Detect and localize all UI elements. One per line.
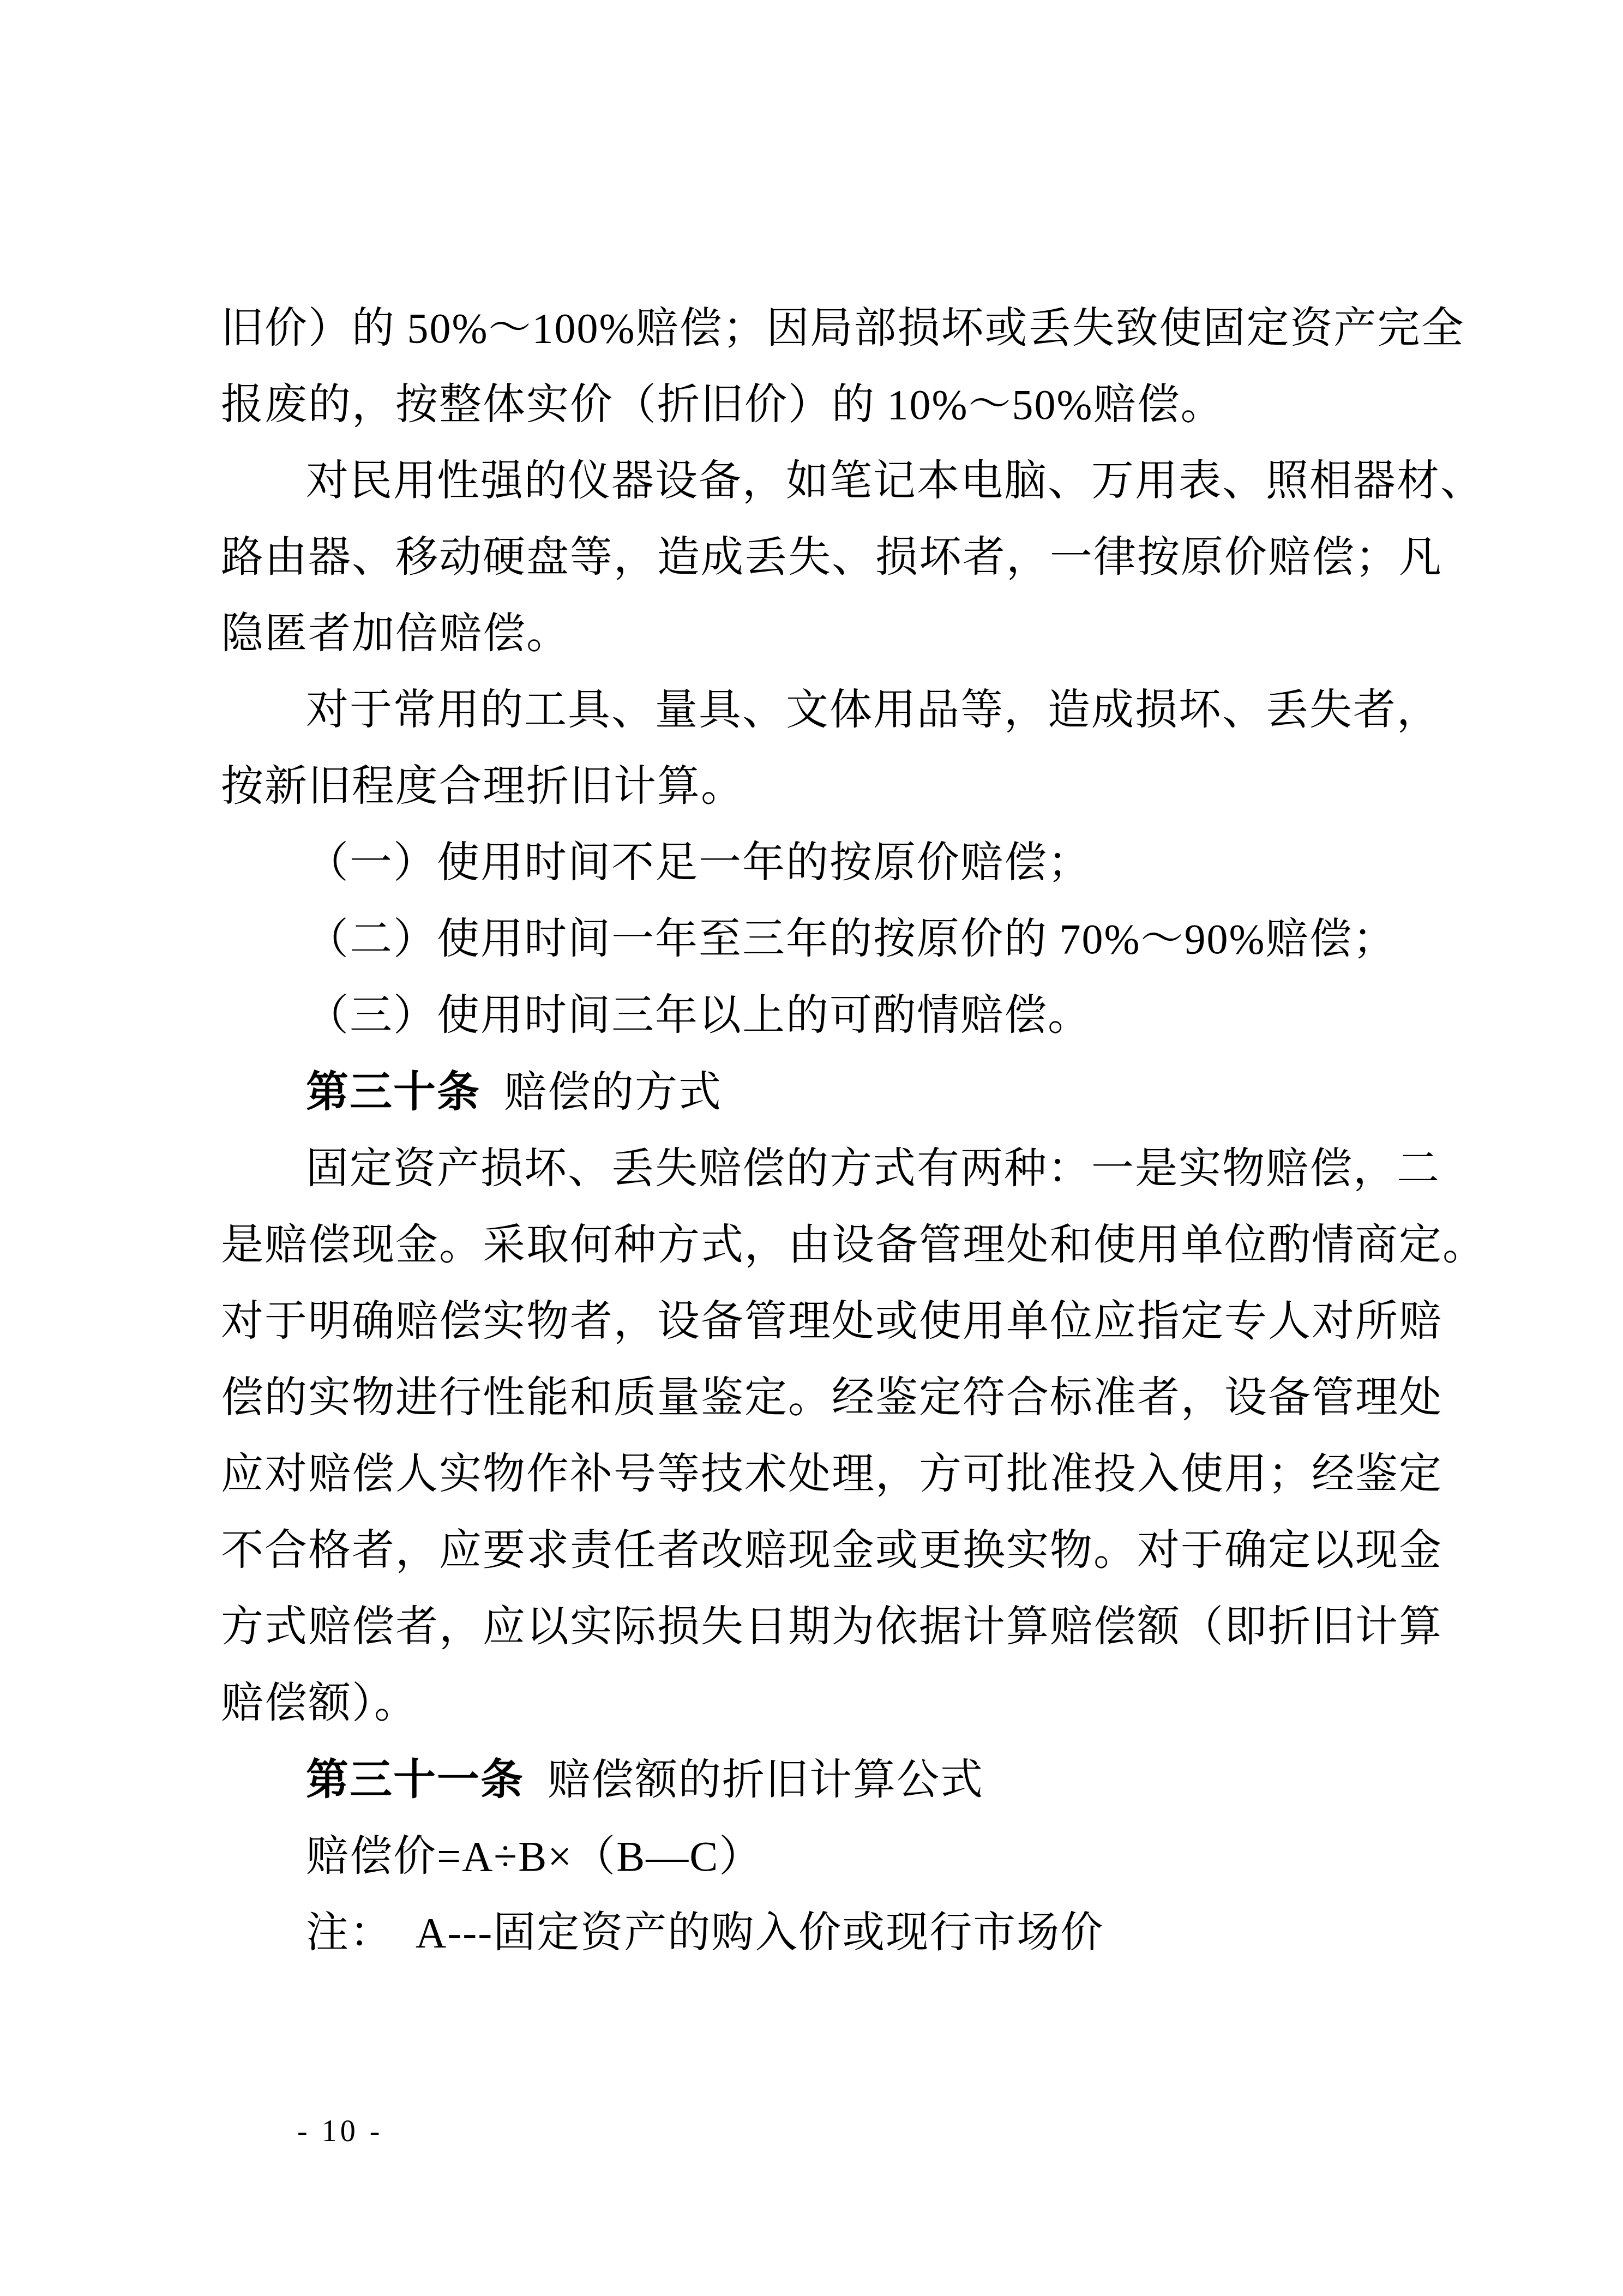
text-line: 是赔偿现金。采取何种方式，由设备管理处和使用单位酌情商定。 (221, 1207, 1464, 1283)
text-line: 应对赔偿人实物作补号等技术处理，方可批准投入使用；经鉴定 (221, 1436, 1464, 1512)
text-line: 对于明确赔偿实物者，设备管理处或使用单位应指定专人对所赔 (221, 1283, 1464, 1360)
article-heading: 第三十一条 赔偿额的折旧计算公式 (221, 1741, 1464, 1818)
text-line: 固定资产损坏、丢失赔偿的方式有两种：一是实物赔偿，二 (221, 1131, 1464, 1207)
article-heading: 第三十条 赔偿的方式 (221, 1054, 1464, 1131)
text-line: 报废的，按整体实价（折旧价）的 10%～50%赔偿。 (221, 366, 1464, 443)
note-line: 注： A---固定资产的购入价或现行市场价 (221, 1895, 1464, 1971)
text-line: 按新旧程度合理折旧计算。 (221, 748, 1464, 825)
text-line: 对民用性强的仪器设备，如笔记本电脑、万用表、照相器材、 (221, 443, 1464, 519)
page-body: 旧价）的 50%～100%赔偿；因局部损坏或丢失致使固定资产完全 报废的，按整体… (221, 290, 1464, 1971)
formula-line: 赔偿价=A÷B×（B—C） (221, 1818, 1464, 1895)
text-line: 方式赔偿者，应以实际损失日期为依据计算赔偿额（即折旧计算 (221, 1589, 1464, 1665)
text-line: 偿的实物进行性能和质量鉴定。经鉴定符合标准者，设备管理处 (221, 1360, 1464, 1436)
article-title: 赔偿额的折旧计算公式 (524, 1756, 984, 1804)
document-page: 旧价）的 50%～100%赔偿；因局部损坏或丢失致使固定资产完全 报废的，按整体… (0, 0, 1623, 2296)
text-line: 路由器、移动硬盘等，造成丢失、损坏者，一律按原价赔偿；凡 (221, 519, 1464, 596)
text-line: 旧价）的 50%～100%赔偿；因局部损坏或丢失致使固定资产完全 (221, 290, 1464, 366)
article-number: 第三十条 (306, 1068, 480, 1116)
list-item-line: （三）使用时间三年以上的可酌情赔偿。 (221, 977, 1464, 1054)
text-line: 赔偿额）。 (221, 1665, 1464, 1741)
text-line: 隐匿者加倍赔偿。 (221, 596, 1464, 672)
list-item-line: （一）使用时间不足一年的按原价赔偿； (221, 825, 1464, 901)
text-line: 对于常用的工具、量具、文体用品等，造成损坏、丢失者， (221, 672, 1464, 748)
list-item-line: （二）使用时间一年至三年的按原价的 70%～90%赔偿； (221, 901, 1464, 977)
page-number: - 10 - (297, 2112, 383, 2151)
article-title: 赔偿的方式 (480, 1068, 722, 1116)
article-number: 第三十一条 (306, 1756, 524, 1804)
text-line: 不合格者，应要求责任者改赔现金或更换实物。对于确定以现金 (221, 1512, 1464, 1589)
